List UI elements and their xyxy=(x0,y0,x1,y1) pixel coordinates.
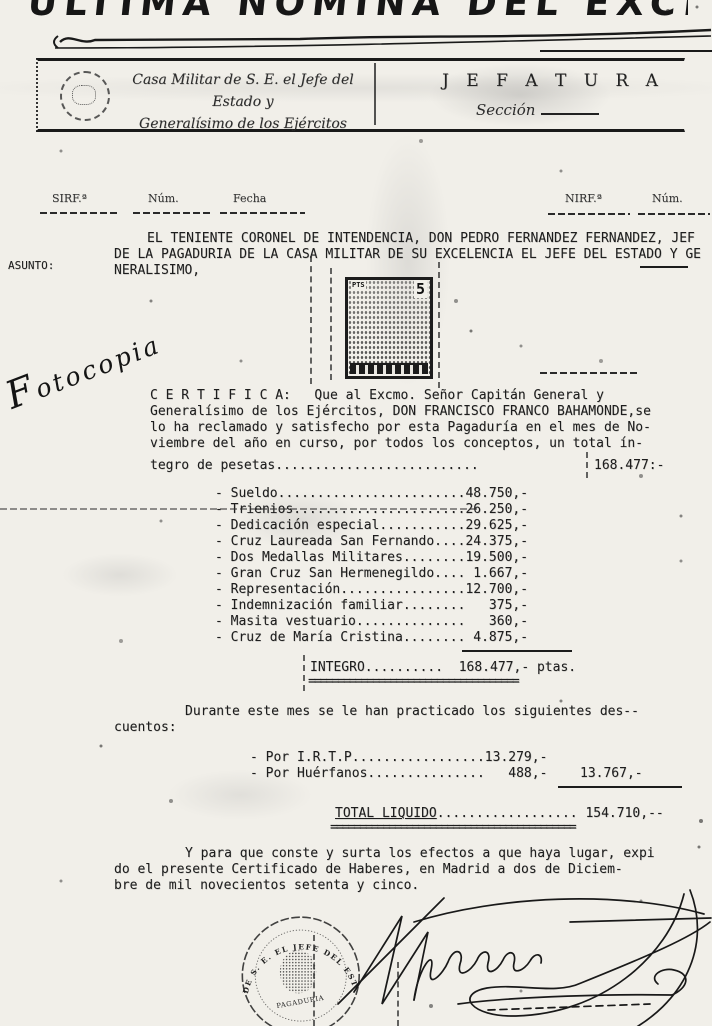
header-box: Casa Militar de S. E. el Jefe del Estado… xyxy=(36,58,685,132)
earning-row: - Cruz Laureada San Fernando....24.375,- xyxy=(215,534,528,550)
fotocopia-note: Fotocopia xyxy=(0,319,166,418)
earning-row: - Cruz de María Cristina........ 4.875,- xyxy=(215,630,528,646)
closing-line1: Y para que conste y surta los efectos a … xyxy=(185,846,655,862)
header-divider xyxy=(374,63,376,125)
earning-row: - Representación................12.700,- xyxy=(215,582,528,598)
issuer-underline xyxy=(640,266,688,268)
cert-line1: C E R T I F I C A: Que al Excmo. Señor C… xyxy=(150,388,604,404)
ref-blank-line xyxy=(133,212,213,214)
scribble-lines xyxy=(0,24,712,60)
earning-row: - Trienios......................26.250,- xyxy=(215,502,528,518)
ref-label-num-left: Núm. xyxy=(148,192,179,205)
earnings-sum-line xyxy=(462,650,572,652)
scan-crease-mark xyxy=(540,372,640,374)
ref-blank-line xyxy=(40,212,118,214)
issuer-line3: NERALISIMO, xyxy=(114,263,200,279)
ref-label-nirf: NIRF.ª xyxy=(565,192,602,205)
earning-row: - Indemnización familiar........ 375,- xyxy=(215,598,528,614)
deductions-intro-line2: cuentos: xyxy=(114,720,177,736)
scan-crease-mark xyxy=(330,268,332,380)
scan-crease-mark xyxy=(438,262,440,388)
earning-row: - Dedicación especial...........29.625,- xyxy=(215,518,528,534)
ref-blank-line xyxy=(548,213,630,215)
cert-line5: tegro de pesetas........................… xyxy=(150,458,479,474)
unit-name-line1: Casa Militar de S. E. el Jefe del Estado… xyxy=(118,69,368,113)
speckles xyxy=(0,0,2,2)
cert-line4: viembre del año en curso, por todos los … xyxy=(150,436,643,452)
issuer-line1: EL TENIENTE CORONEL DE INTENDENCIA, DON … xyxy=(147,231,695,247)
deductions-sum-line xyxy=(558,786,682,788)
earning-row: - Sueldo........................48.750,- xyxy=(215,486,528,502)
seccion-blank xyxy=(541,101,599,115)
net-total-rest: .................. 154.710,-- xyxy=(437,806,664,821)
line-above-header-right xyxy=(540,50,712,52)
scan-crease-mark xyxy=(586,452,588,478)
tax-stamp-value: 5 xyxy=(414,280,427,298)
jefatura-title: J E F A T U R A xyxy=(438,71,668,91)
scan-crease-mark xyxy=(310,256,312,384)
ref-label-fecha: Fecha xyxy=(233,192,266,205)
asunto-label: ASUNTO: xyxy=(8,258,54,274)
net-total-separator: ========================================… xyxy=(330,820,575,836)
unit-name-line2: Generalísimo de los Ejércitos xyxy=(118,113,368,135)
handwritten-title: ULTIMA NOMINA DEL EXCMO. SR. xyxy=(28,0,688,24)
closing-line2: do el presente Certificado de Haberes, e… xyxy=(114,862,623,878)
casa-militar-emblem xyxy=(60,71,110,121)
issuer-line2: DE LA PAGADURIA DE LA CASA MILITAR DE SU… xyxy=(114,247,701,263)
ref-blank-line xyxy=(220,212,305,214)
deductions-intro-line1: Durante este mes se le han practicado lo… xyxy=(185,704,639,720)
deduction-row: - Por Huérfanos............... 488,- xyxy=(250,766,547,782)
scan-crease-mark xyxy=(303,655,305,691)
cert-line2: Generalísimo de los Ejércitos, DON FRANC… xyxy=(150,404,651,420)
tax-stamp-currency: PTS xyxy=(351,281,366,289)
earning-row: - Dos Medallas Militares........19.500,- xyxy=(215,550,528,566)
earning-row: - Gran Cruz San Hermenegildo.... 1.667,- xyxy=(215,566,528,582)
scan-crease-mark xyxy=(0,508,480,510)
deduction-total: 13.767,- xyxy=(580,766,643,782)
signature xyxy=(318,888,712,1026)
tax-stamp: PTS 5 xyxy=(345,277,433,379)
net-total-label: TOTAL LIQUIDO xyxy=(335,806,437,821)
seccion-field: Sección xyxy=(476,101,599,119)
deduction-row: - Por I.R.T.P.................13.279,- xyxy=(250,750,547,766)
cert-line3: lo ha reclamado y satisfecho por esta Pa… xyxy=(150,420,651,436)
scan-crease-mark xyxy=(313,935,315,1026)
ref-label-sirf: SIRF.ª xyxy=(52,192,87,205)
seccion-label: Sección xyxy=(476,101,535,119)
tax-stamp-footer xyxy=(350,363,428,374)
ref-blank-line xyxy=(638,213,710,215)
scanned-certificate-page: ULTIMA NOMINA DEL EXCMO. SR. Casa Milita… xyxy=(0,0,712,1026)
earning-row: - Masita vestuario.............. 360,- xyxy=(215,614,528,630)
ref-label-num-right: Núm. xyxy=(652,192,683,205)
gross-total-separator: ==================================== xyxy=(308,674,518,690)
gross-amount: 168.477:- xyxy=(594,458,664,474)
